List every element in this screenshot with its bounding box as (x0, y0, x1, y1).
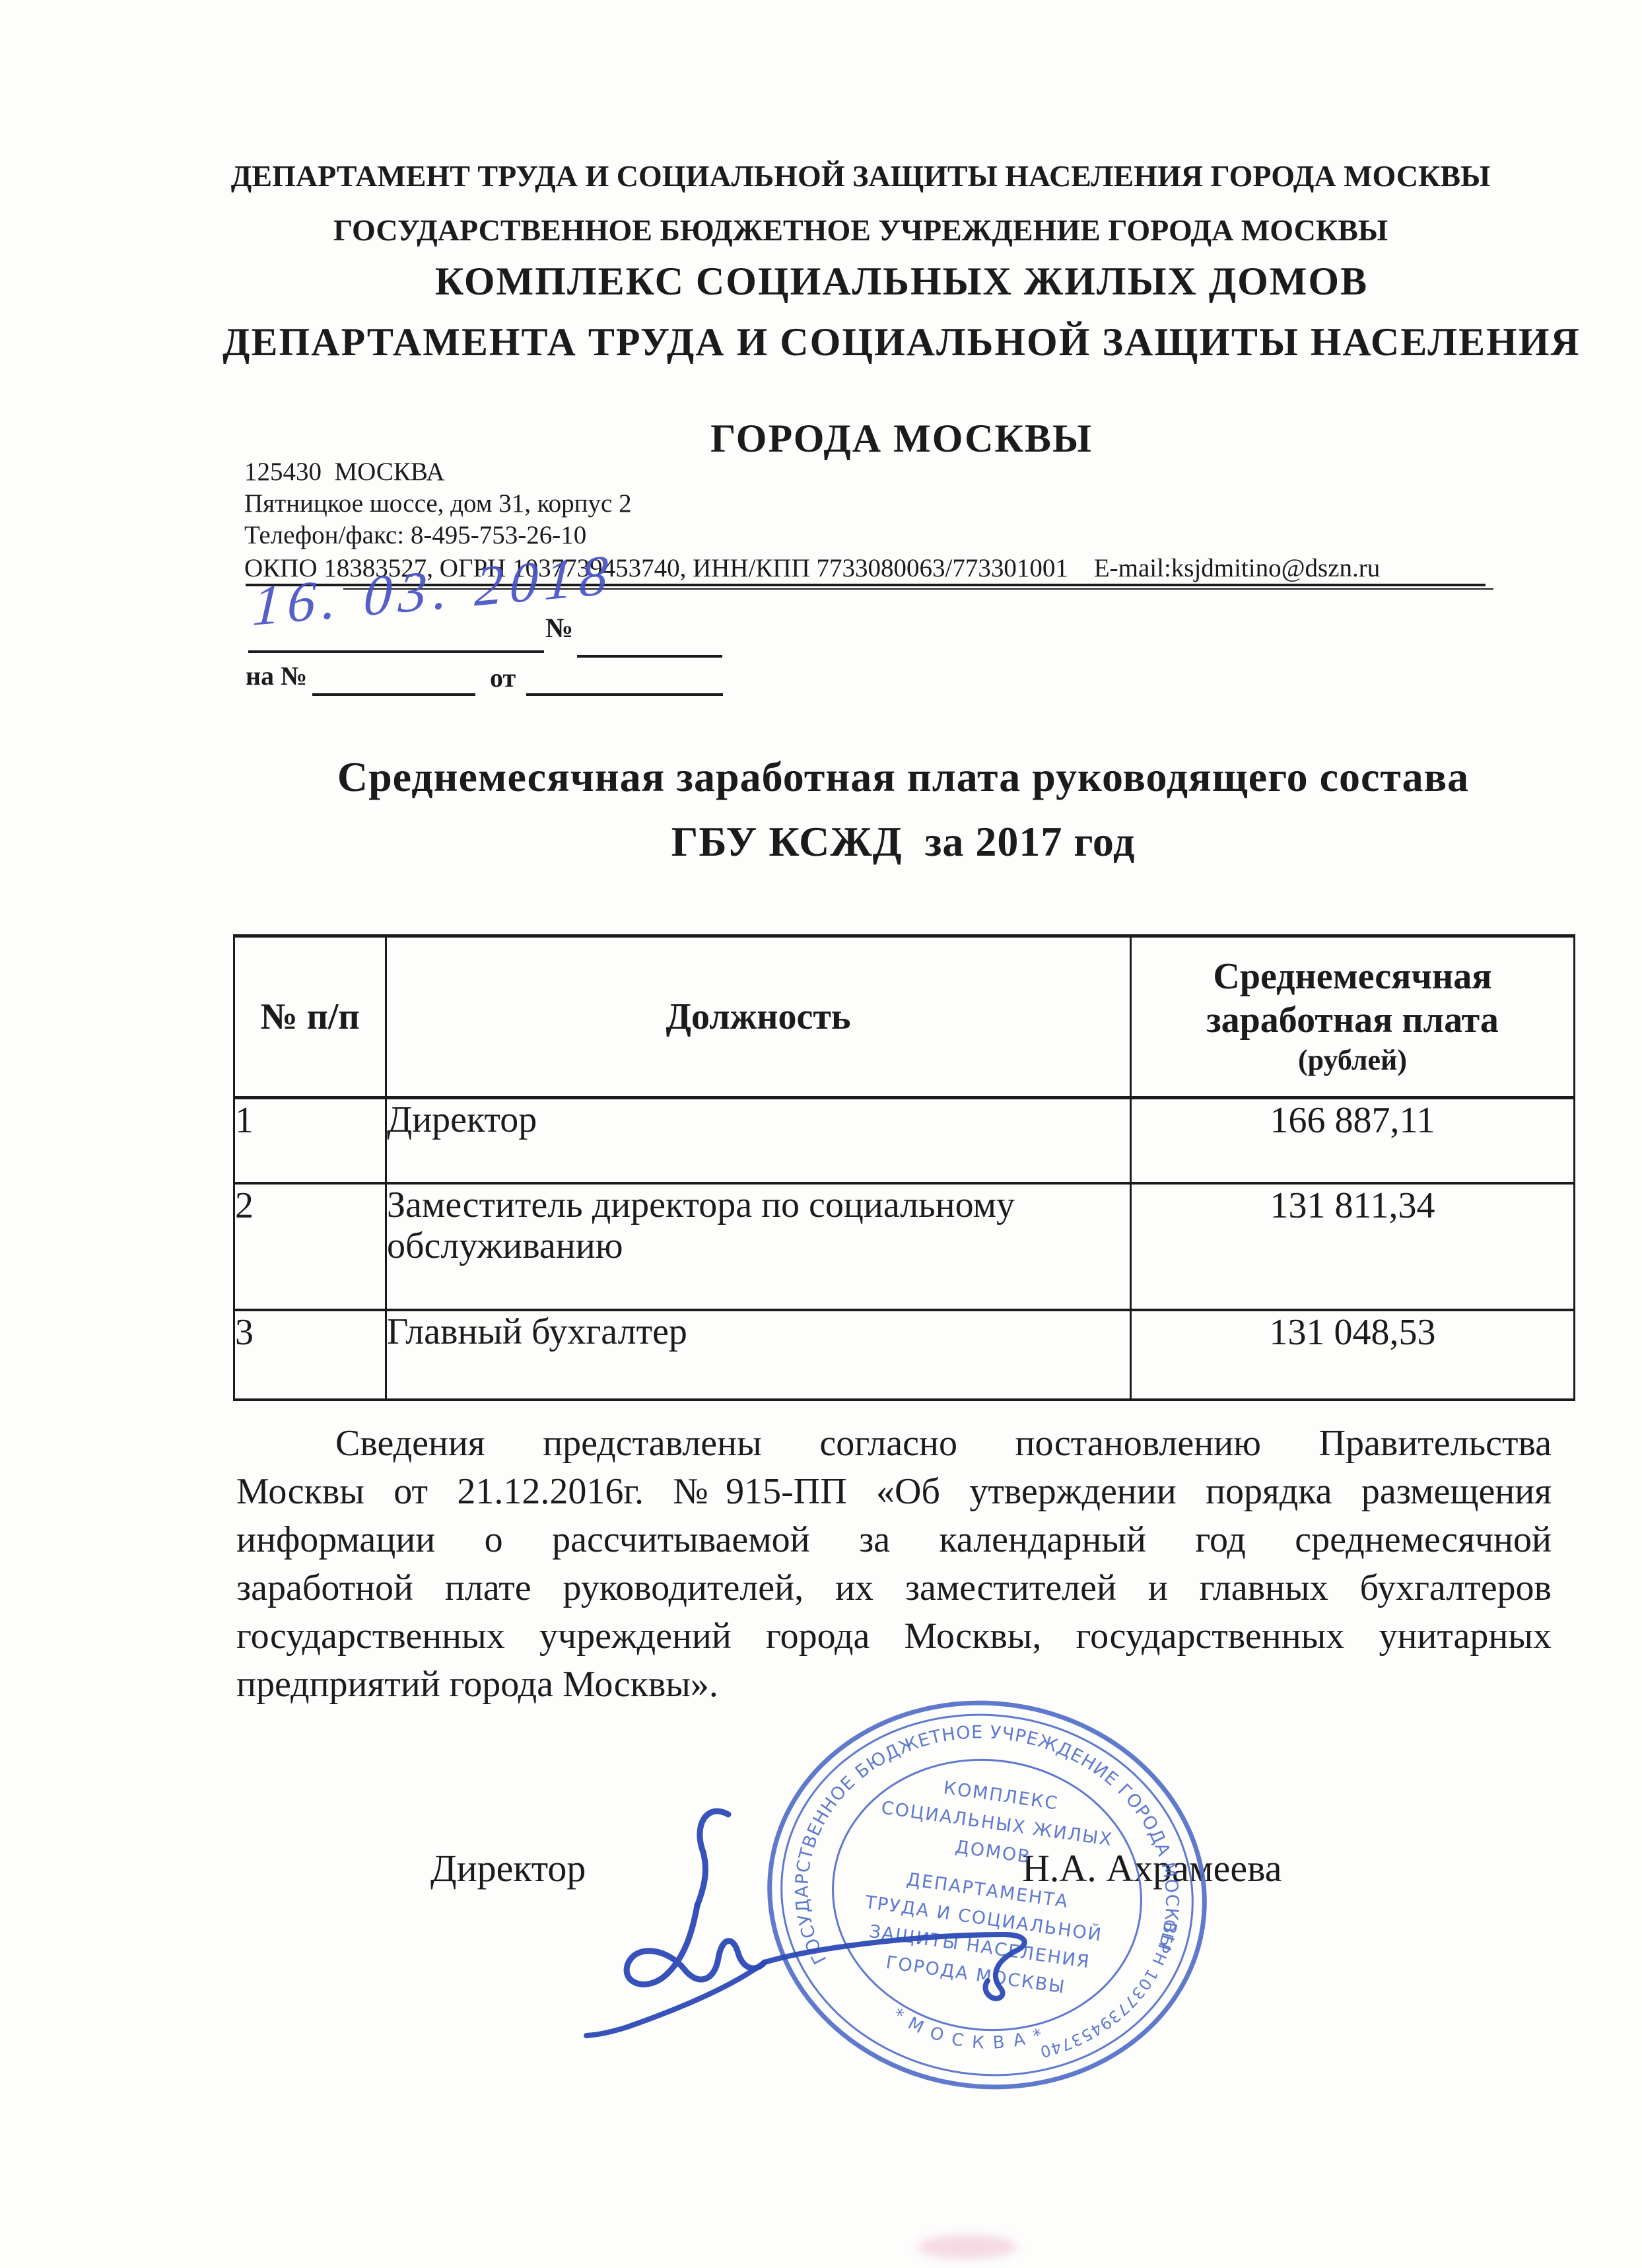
signature-role: Директор (430, 1846, 586, 1890)
contact-street: Пятницкое шоссе, дом 31, корпус 2 (244, 489, 632, 518)
letterhead-org-name-line2: ДЕПАРТАМЕНТА ТРУДА И СОЦИАЛЬНОЙ ЗАЩИТЫ Н… (81, 320, 1642, 365)
header-position: Должность (386, 936, 1131, 1098)
reply-date-blank-line (526, 693, 723, 696)
letterhead-org-name-line3: ГОРОДА МОСКВЫ (81, 416, 1642, 462)
letterhead-org-name-line1: КОМПЛЕКС СОЦИАЛЬНЫХ ЖИЛЫХ ДОМОВ (81, 259, 1642, 304)
row-num: 3 (234, 1310, 386, 1400)
table-header-row: № п/п Должность Среднемесячная заработна… (234, 936, 1575, 1098)
from-label: от (490, 662, 516, 693)
header-salary-note: (рублей) (1132, 1042, 1573, 1079)
contact-phone: Телефон/факс: 8-495-753-26-10 (244, 520, 586, 550)
row-salary: 166 887,11 (1131, 1098, 1575, 1184)
letterhead-department-line: ДЕПАРТАМЕНТ ТРУДА И СОЦИАЛЬНОЙ ЗАЩИТЫ НА… (40, 158, 1642, 193)
number-blank-line (577, 655, 722, 658)
table-row: 3 Главный бухгалтер 131 048,53 (234, 1310, 1575, 1400)
scan-smudge (918, 2235, 1017, 2259)
row-salary: 131 048,53 (1131, 1310, 1575, 1400)
document-title-line2: ГБУ КСЖД за 2017 год (233, 817, 1573, 866)
row-num: 1 (234, 1098, 386, 1184)
row-salary: 131 811,34 (1131, 1183, 1575, 1310)
number-label: № (545, 613, 573, 644)
letterhead-institution-type-line: ГОСУДАРСТВЕННОЕ БЮДЖЕТНОЕ УЧРЕЖДЕНИЕ ГОР… (40, 213, 1642, 248)
row-position: Директор (386, 1098, 1131, 1184)
row-position: Главный бухгалтер (386, 1310, 1131, 1400)
salary-table: № п/п Должность Среднемесячная заработна… (233, 934, 1575, 1401)
reply-to-label: на № (246, 660, 307, 691)
header-salary-line1: Среднемесячная (1132, 955, 1573, 998)
contact-postal-city: 125430 МОСКВА (244, 457, 445, 487)
table-row: 2 Заместитель директора по социальному о… (234, 1183, 1575, 1310)
row-num: 2 (234, 1183, 386, 1310)
scanned-letter-page: ДЕПАРТАМЕНТ ТРУДА И СОЦИАЛЬНОЙ ЗАЩИТЫ НА… (0, 0, 1642, 2268)
handwritten-signature (568, 1776, 1070, 2053)
table-row: 1 Директор 166 887,11 (234, 1098, 1575, 1184)
header-num: № п/п (234, 936, 386, 1098)
document-title-line1: Среднемесячная заработная плата руководя… (233, 753, 1573, 802)
date-underline (248, 650, 544, 653)
row-position: Заместитель директора по социальному обс… (386, 1183, 1131, 1310)
header-salary: Среднемесячная заработная плата (рублей) (1131, 936, 1575, 1098)
reply-number-blank-line (312, 693, 475, 696)
body-paragraph-last-line: предприятий города Москвы». (236, 1661, 718, 1709)
body-paragraph: Сведения представлены согласно постановл… (236, 1420, 1552, 1661)
header-salary-line2: заработная плата (1132, 998, 1573, 1042)
